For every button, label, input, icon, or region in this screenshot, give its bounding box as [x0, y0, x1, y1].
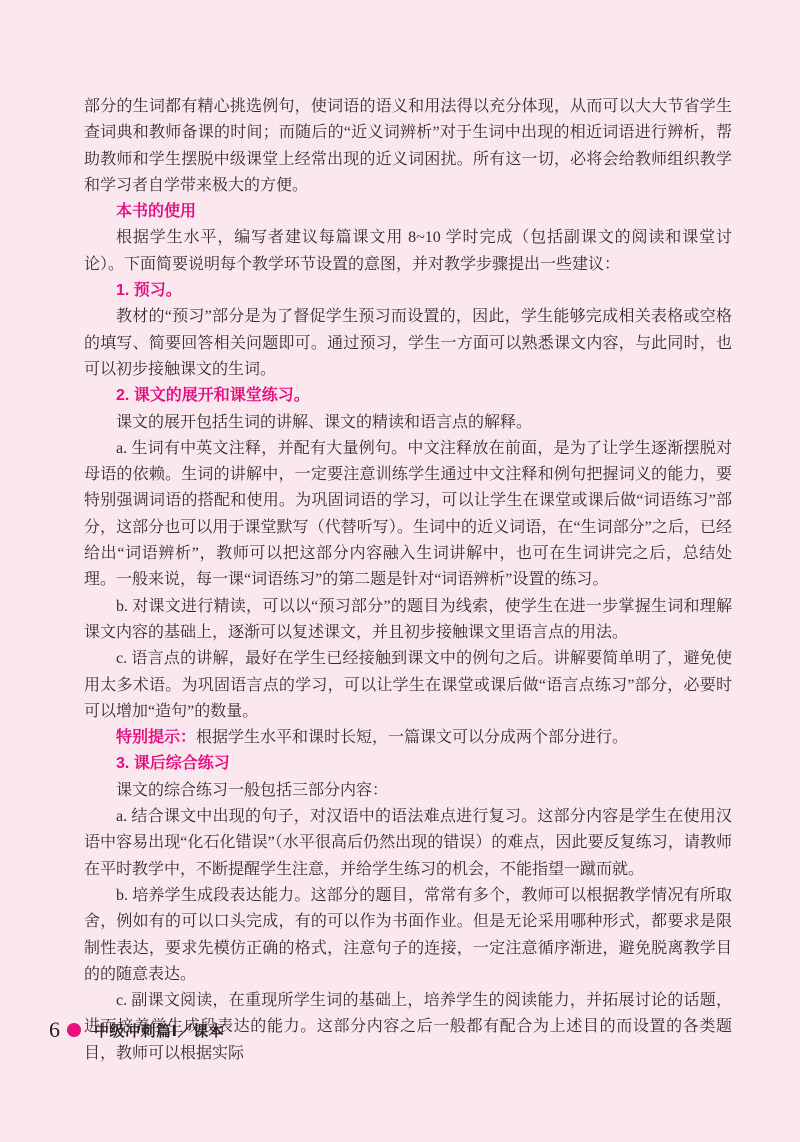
page-number: 6: [49, 1019, 60, 1041]
paragraph: 根据学生水平，编写者建议每篇课文用 8~10 学时完成（包括副课文的阅读和课堂讨…: [84, 225, 732, 278]
special-note-label: 特别提示：: [116, 729, 196, 746]
section-heading-preview: 1. 预习。: [84, 278, 732, 304]
paragraph: a. 生词有中英文注释，并配有大量例句。中文注释放在前面，是为了让学生逐渐摆脱对…: [84, 436, 732, 594]
section-heading-comprehensive-exercises: 3. 课后综合练习: [84, 751, 732, 777]
footer-book-title: 中级冲刺篇Ⅰ／课本: [94, 1020, 224, 1041]
section-heading-usage: 本书的使用: [84, 199, 732, 225]
paragraph: b. 培养学生成段表达能力。这部分的题目，常常有多个，教师可以根据教学情况有所取…: [84, 883, 732, 988]
paragraph: b. 对课文进行精读，可以以“预习部分”的题目为线索，使学生在进一步掌握生词和理…: [84, 594, 732, 647]
paragraph: 课文的展开包括生词的讲解、课文的精读和语言点的解释。: [84, 410, 732, 436]
paragraph-special-note: 特别提示：根据学生水平和课时长短，一篇课文可以分成两个部分进行。: [84, 725, 732, 751]
page-body-text: 部分的生词都有精心挑选例句，使词语的语义和用法得以充分体现，从而可以大大节省学生…: [84, 94, 732, 1067]
footer-dot-icon: [67, 1023, 81, 1037]
special-note-text: 根据学生水平和课时长短，一篇课文可以分成两个部分进行。: [196, 729, 628, 746]
page-footer: 6 中级冲刺篇Ⅰ／课本: [49, 1019, 224, 1041]
book-page: 部分的生词都有精心挑选例句，使词语的语义和用法得以充分体现，从而可以大大节省学生…: [0, 0, 800, 1142]
paragraph: 部分的生词都有精心挑选例句，使词语的语义和用法得以充分体现，从而可以大大节省学生…: [84, 94, 732, 199]
paragraph: 教材的“预习”部分是为了督促学生预习而设置的，因此，学生能够完成相关表格或空格的…: [84, 304, 732, 383]
paragraph: a. 结合课文中出现的句子，对汉语中的语法难点进行复习。这部分内容是学生在使用汉…: [84, 804, 732, 883]
paragraph: c. 语言点的讲解，最好在学生已经接触到课文中的例句之后。讲解要简单明了，避免使…: [84, 646, 732, 725]
section-heading-lesson-practice: 2. 课文的展开和课堂练习。: [84, 383, 732, 409]
paragraph: 课文的综合练习一般包括三部分内容：: [84, 778, 732, 804]
